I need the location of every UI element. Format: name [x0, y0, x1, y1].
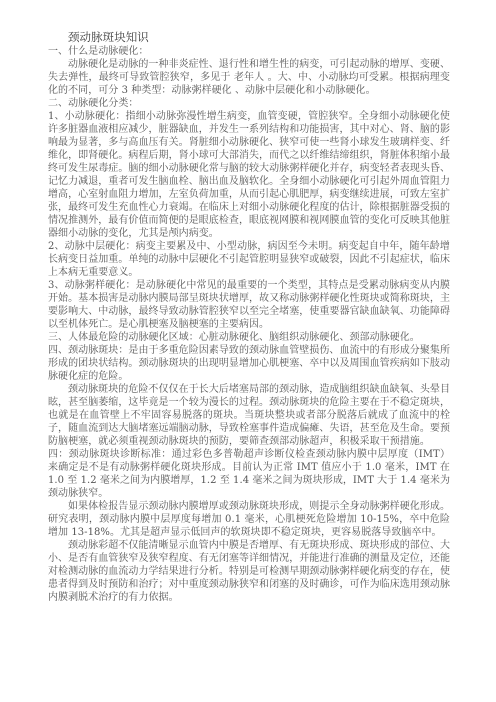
paragraph-plaque-danger: 颈动脉斑块的危险不仅仅在于长大后堵塞局部的颈动脉，造成脑组织缺血缺氧、头晕目眩，… [48, 383, 450, 448]
document-page: 颈动脉斑块知识 一、什么是动脉硬化： 动脉硬化是动脉的一种非炎症性、退行性和增生… [48, 30, 450, 604]
paragraph-arteriosclerosis-definition: 动脉硬化是动脉的一种非炎症性、退行性和增生性的病变，可引起动脉的增厚、变硬、失去… [48, 58, 450, 97]
paragraph-atherosclerosis: 3、动脉粥样硬化：是动脉硬化中常见的最重要的一个类型，其特点是受累动脉病变从内膜… [48, 279, 450, 331]
document-title: 颈动脉斑块知识 [68, 30, 450, 45]
paragraph-medial-sclerosis: 2、动脉中层硬化：病变主要累及中、小型动脉，病因至今未明。病变起自中年，随年龄增… [48, 240, 450, 279]
paragraph-risk-statistics: 如果体检报告显示颈动脉内膜增厚或颈动脉斑块形成，则提示全身动脉粥样硬化形成。研究… [48, 500, 450, 539]
paragraph-arteriolosclerosis: 1、小动脉硬化：指细小动脉弥漫性增生病变，血管变硬，管腔狭窄。全身细小动脉硬化使… [48, 110, 450, 240]
paragraph-diagnosis-criteria: 四：颈动脉斑块诊断标准：通过彩色多普勒超声诊断仪检查颈动脉内膜中层厚度（IMT）… [48, 448, 450, 500]
paragraph-ultrasound-benefits: 颈动脉彩超不仅能清晰显示血管内中膜是否增厚、有无斑块形成、斑块形成的部位、大小、… [48, 539, 450, 604]
section-heading-what-is-arteriosclerosis: 一、什么是动脉硬化： [48, 45, 450, 58]
section-heading-dangerous-regions: 三、人体最危险的动脉硬化区域：心脏动脉硬化、脑组织动脉硬化、颈部动脉硬化。 [48, 331, 450, 344]
paragraph-carotid-plaque: 四、颈动脉斑块：是由于多重危险因素导致的颈动脉血管壁损伤、血流中的有形成分聚集所… [48, 344, 450, 383]
section-heading-classification: 二、动脉硬化分类： [48, 97, 450, 110]
